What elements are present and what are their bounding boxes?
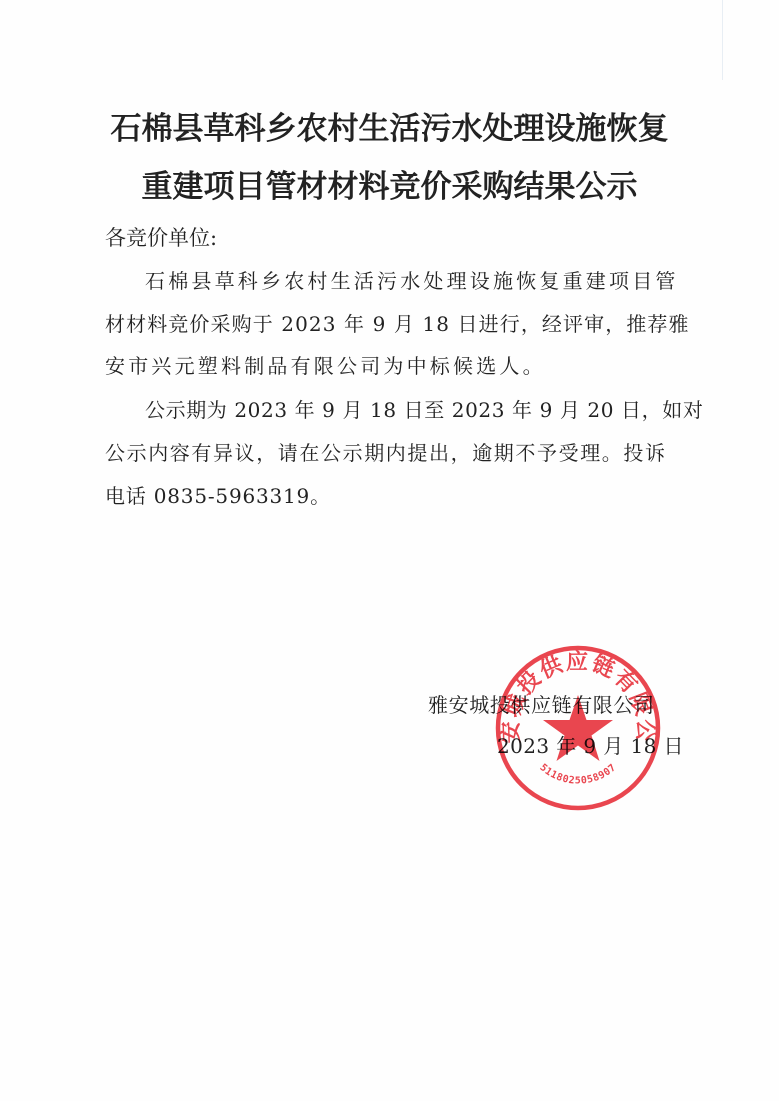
title-line-2: 重建项目管材材料竞价采购结果公示 bbox=[0, 161, 779, 206]
paragraph-2-line-2: 公示内容有异议，请在公示期内提出，逾期不予受理。投诉 bbox=[105, 437, 667, 466]
star-icon bbox=[543, 695, 613, 761]
salutation: 各竞价单位: bbox=[105, 222, 217, 252]
document-page: 石棉县草科乡农村生活污水处理设施恢复 重建项目管材材料竞价采购结果公示 各竞价单… bbox=[0, 0, 779, 1101]
official-seal-stamp: 雅安城投供应链有限公司 5118025058907 bbox=[493, 643, 663, 813]
paragraph-1-line-2: 材材料竞价采购于 2023 年 9 月 18 日进行，经评审，推荐雅 bbox=[105, 308, 690, 337]
paragraph-2-line-3: 电话 0835-5963319。 bbox=[105, 480, 331, 509]
paragraph-1-line-3: 安市兴元塑料制品有限公司为中标候选人。 bbox=[105, 350, 546, 379]
scan-artifact bbox=[722, 0, 723, 80]
seal-code: 5118025058907 bbox=[537, 762, 618, 786]
svg-text:5118025058907: 5118025058907 bbox=[537, 762, 618, 786]
paragraph-1-line-1: 石棉县草科乡农村生活污水处理设施恢复重建项目管 bbox=[145, 265, 679, 294]
paragraph-2-line-1: 公示期为 2023 年 9 月 18 日至 2023 年 9 月 20 日，如对 bbox=[145, 394, 703, 423]
title-line-1: 石棉县草科乡农村生活污水处理设施恢复 bbox=[0, 103, 779, 148]
